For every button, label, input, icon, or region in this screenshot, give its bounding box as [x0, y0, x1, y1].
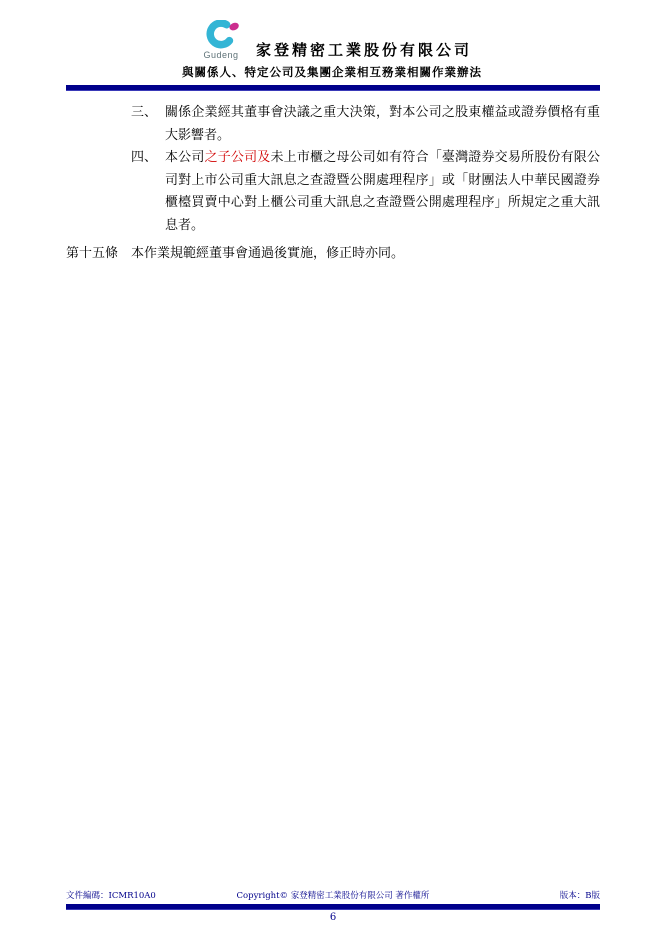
list-item-number: 三、: [131, 102, 165, 147]
document-code: 文件編碼：ICMR10A0: [66, 891, 196, 902]
document-body: 三、 關係企業經其董事會決議之重大決策，對本公司之股東權益或證券價格有重大影響者…: [66, 102, 600, 266]
list-item-text: 關係企業經其董事會決議之重大決策，對本公司之股東權益或證券價格有重大影響者。: [165, 102, 600, 147]
numbered-list: 三、 關係企業經其董事會決議之重大決策，對本公司之股東權益或證券價格有重大影響者…: [66, 102, 600, 237]
article-fifteen: 第十五條 本作業規範經董事會通過後實施，修正時亦同。: [66, 243, 600, 266]
logo-caption: Gudeng: [203, 50, 238, 60]
copyright-notice: Copyright© 家登精密工業股份有限公司 著作權所: [196, 891, 470, 902]
company-logo: Gudeng: [192, 20, 250, 60]
page-header: Gudeng 家登精密工業股份有限公司 與關係人、特定公司及集團企業相互務業相關…: [0, 0, 664, 80]
version-label: 版本：B版: [470, 891, 600, 902]
page-footer: 文件編碼：ICMR10A0 Copyright© 家登精密工業股份有限公司 著作…: [66, 891, 600, 924]
list-item: 四、 本公司之子公司及未上市櫃之母公司如有符合「臺灣證券交易所股份有限公司對上市…: [131, 147, 600, 237]
header-divider: [66, 85, 600, 91]
list-item: 三、 關係企業經其董事會決議之重大決策，對本公司之股東權益或證券價格有重大影響者…: [131, 102, 600, 147]
red-text-segment: 之子公司及: [205, 150, 271, 165]
text-segment: 本公司: [165, 150, 205, 165]
document-page: Gudeng 家登精密工業股份有限公司 與關係人、特定公司及集團企業相互務業相關…: [0, 0, 664, 930]
list-item-number: 四、: [131, 147, 165, 237]
page-number: 6: [66, 912, 600, 924]
gudeng-swoosh-icon: [198, 20, 244, 50]
document-title: 與關係人、特定公司及集團企業相互務業相關作業辦法: [0, 64, 664, 80]
footer-divider: [66, 904, 600, 910]
company-name: 家登精密工業股份有限公司: [256, 41, 472, 60]
list-item-text: 本公司之子公司及未上市櫃之母公司如有符合「臺灣證券交易所股份有限公司對上市公司重…: [165, 147, 600, 237]
text-segment: 關係企業經其董事會決議之重大決策，對本公司之股東權益或證券價格有重大影響者。: [165, 105, 600, 143]
